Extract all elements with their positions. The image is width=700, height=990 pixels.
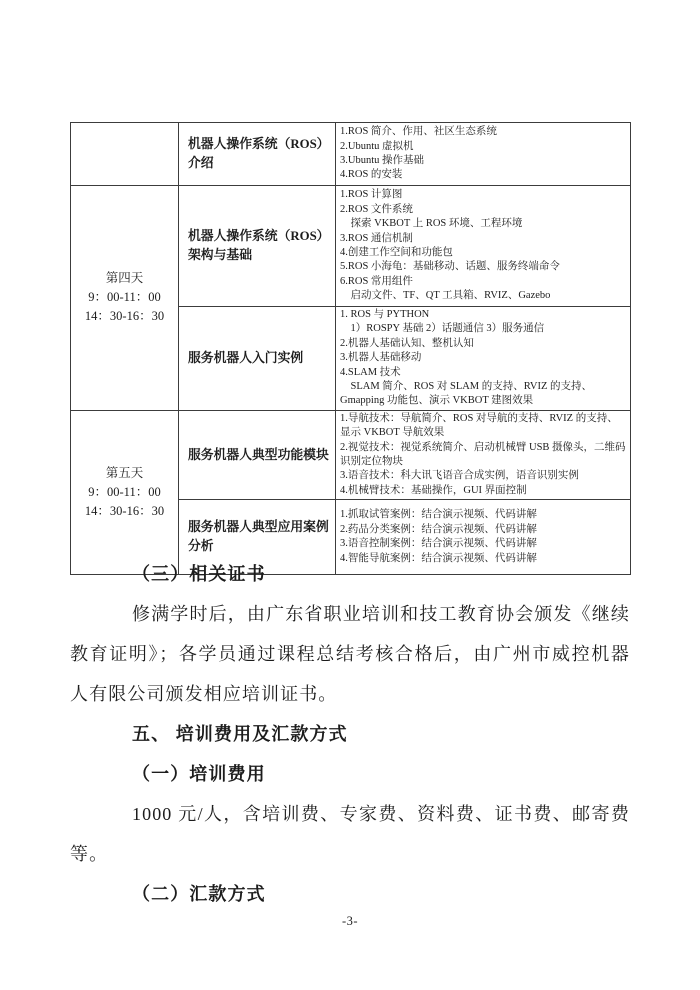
module-cell: 服务机器人典型功能模块 [179,410,336,499]
fee-paragraph: 1000 元/人，含培训费、专家费、资料费、证书费、邮寄费等。 [70,794,630,874]
content-line: 启动文件、TF、QT 工具箱、RVIZ、Gazebo [340,289,627,303]
content-line: 2.ROS 文件系统 [340,203,627,217]
day-time-morning: 9：00-11：00 [73,288,176,307]
content-line: SLAM 简介、ROS 对 SLAM 的支持、RVIZ 的支持、Gmapping… [340,380,627,409]
content-line: 1）ROSPY 基础 2）话题通信 3）服务通信 [340,322,627,336]
module-name: 服务机器人入门实例 [188,349,332,368]
module-cell: 机器人操作系统（ROS）架构与基础 [179,186,336,307]
fee-sub-heading: （一）培训费用 [70,754,630,794]
content-cell: 1. ROS 与 PYTHON 1）ROSPY 基础 2）话题通信 3）服务通信… [336,307,631,411]
content-line: 4.机械臂技术：基础操作，GUI 界面控制 [340,484,627,498]
content-cell: 1.ROS 计算图 2.ROS 文件系统 探索 VKBOT 上 ROS 环境、工… [336,186,631,307]
table-row: 第四天 9：00-11：00 14：30-16：30 机器人操作系统（ROS）架… [71,186,631,307]
content-line: 3.ROS 通信机制 [340,232,627,246]
content-line: 1.ROS 计算图 [340,188,627,202]
content-line: 1. ROS 与 PYTHON [340,308,627,322]
content-line: 3.Ubuntu 操作基础 [340,154,627,168]
day-cell-day4: 第四天 9：00-11：00 14：30-16：30 [71,186,179,411]
content-line: 2.机器人基础认知、整机认知 [340,337,627,351]
day-cell-day5: 第五天 9：00-11：00 14：30-16：30 [71,410,179,574]
day-time-afternoon: 14：30-16：30 [73,307,176,326]
table-row: 机器人操作系统（ROS）介绍 1.ROS 简介、作用、社区生态系统 2.Ubun… [71,123,631,186]
document-page: 机器人操作系统（ROS）介绍 1.ROS 简介、作用、社区生态系统 2.Ubun… [0,0,700,990]
content-line: 探索 VKBOT 上 ROS 环境、工程环境 [340,217,627,231]
content-line: 4.SLAM 技术 [340,366,627,380]
content-line: 2.Ubuntu 虚拟机 [340,140,627,154]
cert-paragraph: 修满学时后，由广东省职业培训和技工教育协会颁发《继续教育证明》；各学员通过课程总… [70,594,630,714]
content-cell: 1.导航技术：导航简介、ROS 对导航的支持、RVIZ 的支持、显示 VKBOT… [336,410,631,499]
day-time-morning: 9：00-11：00 [73,483,176,502]
day-time-afternoon: 14：30-16：30 [73,502,176,521]
module-cell: 服务机器人入门实例 [179,307,336,411]
day-label: 第五天 [73,464,176,483]
content-line: 1.导航技术：导航简介、ROS 对导航的支持、RVIZ 的支持、显示 VKBOT… [340,412,627,441]
content-line: 4.创建工作空间和功能包 [340,246,627,260]
module-name: 机器人操作系统（ROS）介绍 [188,135,332,173]
course-schedule-table: 机器人操作系统（ROS）介绍 1.ROS 简介、作用、社区生态系统 2.Ubun… [70,122,631,575]
content-line: 3.语音技术：科大讯飞语音合成实例，语音识别实例 [340,469,627,483]
content-cell: 1.ROS 简介、作用、社区生态系统 2.Ubuntu 虚拟机 3.Ubuntu… [336,123,631,186]
table-row: 第五天 9：00-11：00 14：30-16：30 服务机器人典型功能模块 1… [71,410,631,499]
day-label: 第四天 [73,269,176,288]
content-line: 2.视觉技术：视觉系统简介、启动机械臂 USB 摄像头，二维码识别定位物块 [340,441,627,470]
content-line: 1.ROS 简介、作用、社区生态系统 [340,125,627,139]
cert-section-heading: （三）相关证书 [70,554,630,594]
content-line: 2.药品分类案例：结合演示视频、代码讲解 [340,523,627,537]
content-line: 6.ROS 常用组件 [340,275,627,289]
module-name: 服务机器人典型应用案例分析 [188,518,332,556]
content-line: 5.ROS 小海龟：基础移动、话题、服务终端命令 [340,260,627,274]
document-body: （三）相关证书 修满学时后，由广东省职业培训和技工教育协会颁发《继续教育证明》；… [70,554,630,914]
day-cell-empty [71,123,179,186]
fee-section-heading: 五、 培训费用及汇款方式 [70,714,630,754]
content-line: 1.抓取试管案例：结合演示视频、代码讲解 [340,508,627,522]
content-line: 3.语音控制案例：结合演示视频、代码讲解 [340,537,627,551]
module-cell: 机器人操作系统（ROS）介绍 [179,123,336,186]
page-number: -3- [0,914,700,929]
content-line: 4.ROS 的安装 [340,168,627,182]
module-name: 服务机器人典型功能模块 [188,446,332,465]
content-line: 3.机器人基础移动 [340,351,627,365]
module-name: 机器人操作系统（ROS）架构与基础 [188,227,332,265]
payment-section-heading: （二）汇款方式 [70,874,630,914]
